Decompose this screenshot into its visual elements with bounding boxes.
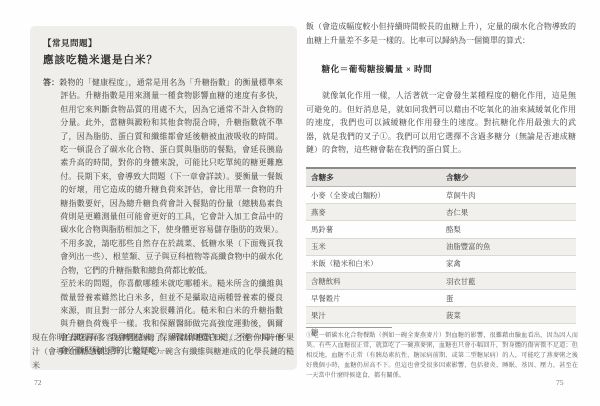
- table-row: 果汁菠菜: [306, 307, 576, 324]
- table-row: 小麥（全麥或白麵粉）草飼牛肉: [306, 186, 576, 203]
- table-row: 早餐穀片蛋: [306, 290, 576, 307]
- table-row: 燕麥杏仁果: [306, 204, 576, 221]
- faq-question: 應該吃糙米還是白米？: [43, 52, 283, 67]
- table-cell: 羽衣甘藍: [441, 272, 576, 289]
- table-cell: 早餐穀片: [306, 290, 441, 307]
- answer-text: 穀物的「健康程度」，通常是用名為「升糖指數」的衡量標準來評估。升糖指數是用來測量…: [59, 78, 283, 275]
- table-row: 米飯（糙米和白米）家禽: [306, 255, 576, 272]
- table-cell: 杏仁果: [441, 204, 576, 221]
- table-cell: 家禽: [441, 255, 576, 272]
- table-cell: 油脂豐富的魚: [441, 238, 576, 255]
- table-cell: 小麥（全麥或白麵粉）: [306, 186, 441, 203]
- table-header-low-sugar: 含糖少: [441, 168, 576, 187]
- table-row: 馬鈴薯酪梨: [306, 221, 576, 238]
- table-row: 玉米油脂豐富的魚: [306, 238, 576, 255]
- page-number-left: 72: [34, 378, 42, 387]
- body-paragraph-right-1: 飯（會造成幅度較小但持續時間較長的血糖上升），定量的碳水化合物導致的血糖上升量差…: [306, 20, 576, 48]
- right-page: 飯（會造成幅度較小但持續時間較長的血糖上升），定量的碳水化合物導致的血糖上升量差…: [306, 20, 576, 342]
- table-cell: 玉米: [306, 238, 441, 255]
- faq-answer-paragraph-1: 答：穀物的「健康程度」，通常是用名為「升糖指數」的衡量標準來評估。升糖指數是用來…: [43, 76, 283, 277]
- glycation-formula: 糖化＝葡萄糖接觸量 × 時間: [321, 63, 576, 75]
- page-number-right: 75: [556, 378, 564, 387]
- table-header-row: 含糖多 含糖少: [306, 168, 576, 187]
- table-cell: 菠菜: [441, 307, 576, 324]
- table-cell: 馬鈴薯: [306, 221, 441, 238]
- answer-label: 答：: [43, 78, 59, 87]
- body-paragraph-right-2: 就像氧化作用一樣，人活著就一定會發生某種程度的糖化作用，這是無可避免的。但好消息…: [306, 89, 576, 157]
- table-cell: 蛋: [441, 290, 576, 307]
- table-header-high-sugar: 含糖多: [306, 168, 441, 187]
- table-row: 含糖飲料羽衣甘藍: [306, 272, 576, 289]
- body-paragraph-left: 現在你明白澱粉有多容易轉化為糖了，所以你應該知道，不管你喝一杯果汁（會導致血糖急…: [32, 331, 294, 373]
- table-cell: 果汁: [306, 307, 441, 324]
- book-spread: 【常見問題】 應該吃糙米還是白米？ 答：穀物的「健康程度」，通常是用名為「升糖指…: [0, 0, 600, 406]
- faq-box: 【常見問題】 應該吃糙米還是白米？ 答：穀物的「健康程度」，通常是用名為「升糖指…: [30, 26, 297, 370]
- faq-tag: 【常見問題】: [43, 37, 283, 49]
- table-cell: 酪梨: [441, 221, 576, 238]
- table-cell: 米飯（糙米和白米）: [306, 255, 441, 272]
- table-cell: 草飼牛肉: [441, 186, 576, 203]
- footnote-text: ①吃一頓碳水化合物餐點（例如一碗全麥燕麥片）對血糖的影響，很難藉由驗血看出，因為…: [306, 331, 578, 381]
- table-cell: 燕麥: [306, 204, 441, 221]
- footnote-divider: [306, 327, 392, 328]
- sugar-content-table: 含糖多 含糖少 小麥（全麥或白麵粉）草飼牛肉 燕麥杏仁果 馬鈴薯酪梨 玉米油脂豐…: [306, 167, 576, 342]
- table-cell: 含糖飲料: [306, 272, 441, 289]
